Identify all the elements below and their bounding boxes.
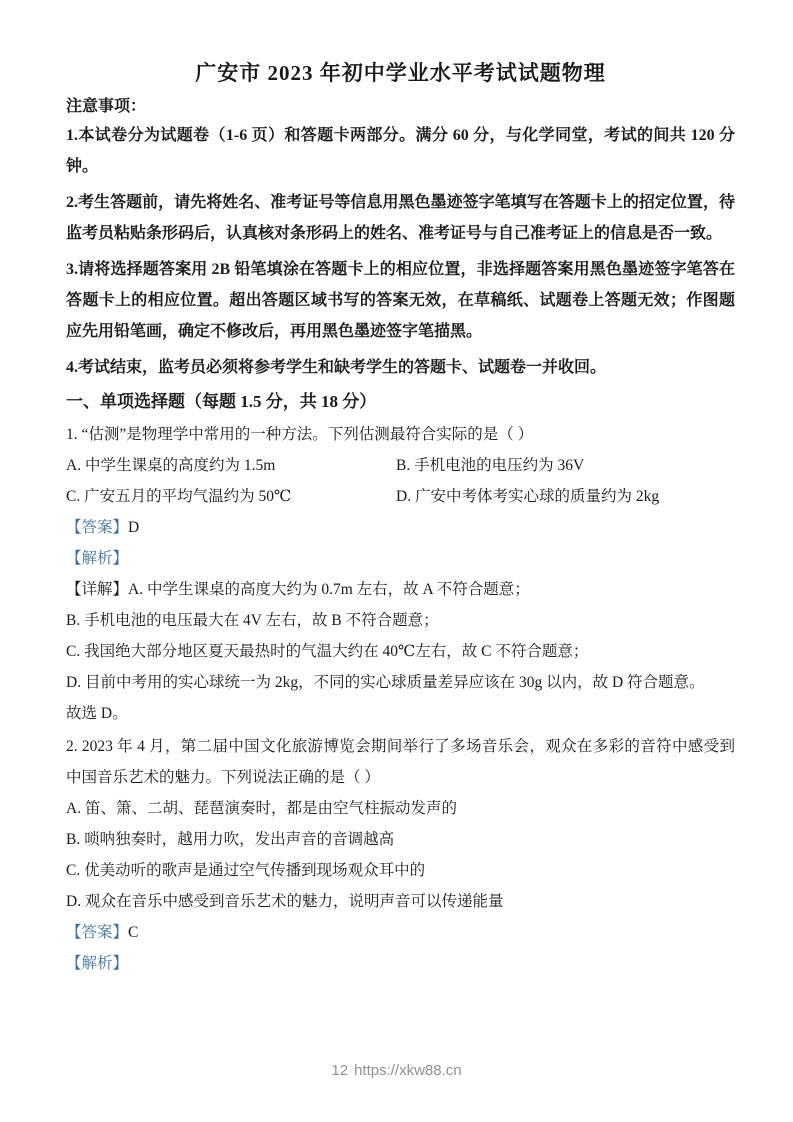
question-1-options: A. 中学生课桌的高度约为 1.5m B. 手机电池的电压约为 36V C. 广… — [66, 450, 735, 512]
question-2-analysis-line: 【解析】 — [66, 948, 735, 979]
question-2-stem: 2. 2023 年 4 月，第二届中国文化旅游博览会期间举行了多场音乐会，观众在… — [66, 731, 735, 793]
question-1: 1. “估测”是物理学中常用的一种方法。下列估测最符合实际的是（ ） A. 中学… — [66, 419, 735, 729]
question-1-analysis-line: 【解析】 — [66, 543, 735, 574]
question-2: 2. 2023 年 4 月，第二届中国文化旅游博览会期间举行了多场音乐会，观众在… — [66, 731, 735, 979]
answer-marker: 【答案】 — [66, 924, 128, 941]
question-2-option-d: D. 观众在音乐中感受到音乐艺术的魅力，说明声音可以传递能量 — [66, 886, 735, 917]
notice-item-1: 1.本试卷分为试题卷（1-6 页）和答题卡两部分。满分 60 分，与化学同堂，考… — [66, 120, 735, 182]
question-1-detail-line-b: B. 手机电池的电压最大在 4V 左右，故 B 不符合题意； — [66, 605, 735, 636]
question-1-stem: 1. “估测”是物理学中常用的一种方法。下列估测最符合实际的是（ ） — [66, 419, 735, 450]
analysis-marker: 【解析】 — [66, 550, 128, 567]
question-1-detail-line-d: D. 目前中考用的实心球统一为 2kg，不同的实心球质量差异应该在 30g 以内… — [66, 667, 735, 698]
question-2-option-c: C. 优美动听的歌声是通过空气传播到现场观众耳中的 — [66, 855, 735, 886]
section-heading-single-choice: 一、单项选择题（每题 1.5 分，共 18 分） — [66, 388, 735, 415]
question-1-option-b: B. 手机电池的电压约为 36V — [396, 450, 735, 481]
detail-text-a: A. 中学生课桌的高度大约为 0.7m 左右，故 A 不符合题意； — [128, 581, 530, 598]
exam-document-page: 广安市 2023 年初中学业水平考试试题物理 注意事项： 1.本试卷分为试题卷（… — [0, 0, 793, 1122]
question-2-options: A. 笛、箫、二胡、琵琶演奏时，都是由空气柱振动发声的 B. 唢呐独奏时，越用力… — [66, 793, 735, 917]
page-footer: 12https://xkw88.cn — [0, 1060, 793, 1082]
question-2-answer-line: 【答案】C — [66, 917, 735, 948]
footer-url: https://xkw88.cn — [354, 1062, 462, 1079]
notices-section: 注意事项： 1.本试卷分为试题卷（1-6 页）和答题卡两部分。满分 60 分，与… — [66, 96, 735, 383]
question-2-option-a: A. 笛、箫、二胡、琵琶演奏时，都是由空气柱振动发声的 — [66, 793, 735, 824]
question-1-option-c: C. 广安五月的平均气温约为 50℃ — [66, 481, 396, 512]
page-number: 12 — [331, 1062, 348, 1079]
question-1-detail-line-a: 【详解】A. 中学生课桌的高度大约为 0.7m 左右，故 A 不符合题意； — [66, 574, 735, 605]
page-title: 广安市 2023 年初中学业水平考试试题物理 — [66, 58, 735, 88]
question-2-option-b: B. 唢呐独奏时，越用力吹，发出声音的音调越高 — [66, 824, 735, 855]
question-1-conclusion: 故选 D。 — [66, 698, 735, 729]
answer-marker: 【答案】 — [66, 519, 128, 536]
notice-item-2: 2.考生答题前，请先将姓名、准考证号等信息用黑色墨迹签字笔填写在答题卡上的招定位… — [66, 187, 735, 249]
answer-value: C — [128, 924, 138, 941]
notice-item-4: 4.考试结束，监考员必须将参考学生和缺考学生的答题卡、试题卷一并收回。 — [66, 352, 735, 383]
question-1-option-a: A. 中学生课桌的高度约为 1.5m — [66, 450, 396, 481]
notice-item-3: 3.请将选择题答案用 2B 铅笔填涂在答题卡上的相应位置，非选择题答案用黑色墨迹… — [66, 254, 735, 347]
question-1-option-d: D. 广安中考体考实心球的质量约为 2kg — [396, 481, 735, 512]
question-1-detail-line-c: C. 我国绝大部分地区夏天最热时的气温大约在 40℃左右，故 C 不符合题意； — [66, 636, 735, 667]
answer-value: D — [128, 519, 139, 536]
detail-marker: 【详解】 — [66, 581, 128, 598]
notices-heading: 注意事项： — [66, 96, 735, 118]
analysis-marker: 【解析】 — [66, 955, 128, 972]
question-1-answer-line: 【答案】D — [66, 512, 735, 543]
